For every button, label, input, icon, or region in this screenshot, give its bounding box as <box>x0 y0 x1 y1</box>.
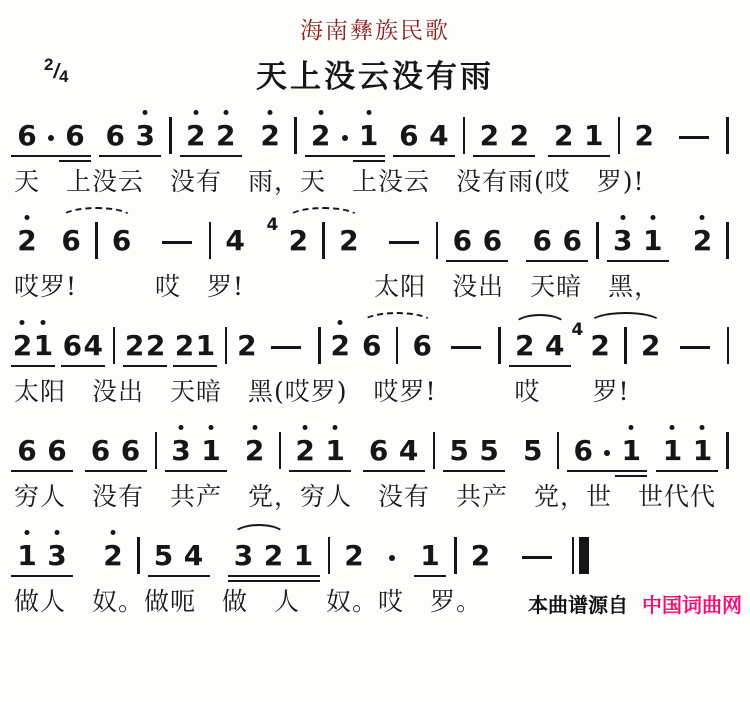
note: 6 <box>100 119 130 153</box>
note: 6 <box>42 434 72 468</box>
grace-note: 4 <box>261 224 283 258</box>
note: 6 <box>12 434 42 468</box>
time-signature-denominator: 4 <box>59 67 68 86</box>
note: 2 <box>236 329 257 363</box>
spacer <box>659 151 671 153</box>
note-number: 1 <box>33 329 54 363</box>
note-number: 3 <box>166 434 196 468</box>
note: 2 <box>334 224 364 258</box>
octave-dot <box>303 425 308 430</box>
beam-underline <box>165 470 197 473</box>
beam-underline <box>41 470 73 473</box>
beam-underline <box>473 470 505 473</box>
barline <box>322 222 325 259</box>
octave-dot <box>670 425 675 430</box>
note: 2 <box>330 329 351 363</box>
grace-note: 4 <box>570 329 585 363</box>
note-number: 2 <box>549 119 579 153</box>
note: 2 <box>255 119 285 153</box>
note: 1 <box>33 329 54 363</box>
note-number: 1 <box>579 119 609 153</box>
barline <box>137 537 140 574</box>
beam-underline <box>210 155 242 158</box>
note-number: 1 <box>320 434 350 468</box>
title-row: 2/4 天上没云没有雨 <box>0 51 750 97</box>
note: 6 <box>107 224 137 258</box>
beam-underline <box>11 470 43 473</box>
beam-underline <box>556 260 588 263</box>
note-number: 2 <box>145 329 166 363</box>
barline <box>726 222 729 259</box>
beam-underline <box>61 365 84 368</box>
spacer <box>401 571 415 573</box>
note-number: 2 <box>283 224 313 258</box>
octave-dot <box>700 425 705 430</box>
note-number: 6 <box>12 434 42 468</box>
octave-dot <box>143 110 148 115</box>
note-number: 1 <box>687 434 717 468</box>
beam-underline <box>228 575 260 578</box>
note-number: 6 <box>364 434 394 468</box>
note: 3 <box>608 224 638 258</box>
augmentation-dot <box>336 119 354 153</box>
spacer <box>226 466 240 468</box>
barline <box>169 117 172 154</box>
note-number: 2 <box>474 119 504 153</box>
beam-underline <box>180 155 212 158</box>
note-number: 2 <box>181 119 211 153</box>
spacer <box>437 361 443 363</box>
beam-underline <box>289 470 321 473</box>
note: 2 <box>98 539 128 573</box>
octave-dot <box>268 110 273 115</box>
beam-underline <box>82 365 105 368</box>
notation-line-3: 21642221226624422 <box>12 309 738 376</box>
barline <box>95 222 98 259</box>
note-number: 1 <box>616 434 646 468</box>
spacer <box>668 256 688 258</box>
spacer <box>534 151 548 153</box>
beam-underline <box>686 470 718 473</box>
barline <box>726 117 729 154</box>
note-number: 6 <box>56 224 86 258</box>
note-number: 2 <box>334 224 364 258</box>
note-number: 2 <box>255 119 285 153</box>
octave-dot <box>41 320 46 325</box>
note: 2 <box>510 329 540 363</box>
final-barline-thick <box>579 537 589 574</box>
beam-underline <box>59 155 91 158</box>
spacer <box>42 256 56 258</box>
note-number: 6 <box>527 224 557 258</box>
note: 1 <box>657 434 687 468</box>
beam-underline <box>305 155 337 158</box>
octave-dot <box>333 425 338 430</box>
tie-group: 22 <box>283 222 364 258</box>
note: 1 <box>354 119 384 153</box>
beam-underline <box>423 155 455 158</box>
note-number: 3 <box>229 539 259 573</box>
final-barline <box>572 537 590 574</box>
octave-dot <box>366 110 371 115</box>
tie-group: 66 <box>56 222 137 258</box>
note: 1 <box>289 539 319 573</box>
note: 4 <box>220 224 250 258</box>
held-note-dash <box>162 241 192 245</box>
dot-glyph <box>389 555 395 561</box>
note-number: 6 <box>568 434 598 468</box>
spacer <box>646 466 657 468</box>
note-number: 6 <box>447 224 477 258</box>
beam-underline <box>578 155 610 158</box>
note-number: 6 <box>407 329 437 363</box>
beam-underline <box>473 155 505 158</box>
beam-underline <box>509 365 541 368</box>
slur-group: 32 <box>229 539 289 573</box>
note: 4 <box>83 329 104 363</box>
note: 4 <box>179 539 209 573</box>
note-number: 1 <box>354 119 384 153</box>
time-signature: 2/4 <box>44 55 69 87</box>
note: 6 <box>62 329 83 363</box>
beam-underline <box>393 470 425 473</box>
note: 6 <box>364 434 394 468</box>
barline <box>113 327 116 364</box>
barline <box>279 432 282 469</box>
note: 2 <box>474 119 504 153</box>
beam-underline-2 <box>353 160 385 163</box>
note: 2 <box>240 434 270 468</box>
beam-underline <box>11 155 43 158</box>
note-number: 6 <box>12 119 42 153</box>
note: 2 <box>124 329 145 363</box>
note: 1 <box>687 434 717 468</box>
note-number: 4 <box>83 329 104 363</box>
octave-dot <box>629 425 634 430</box>
note: 2 <box>283 224 313 258</box>
beam-underline <box>539 365 571 368</box>
bottom-row: 做人 奴。做呃 做 人 奴。哎 罗。 本曲谱源自中国词曲网 <box>0 586 742 618</box>
barline <box>155 432 158 469</box>
note-number: 6 <box>477 224 507 258</box>
note-number: 2 <box>306 119 336 153</box>
beam-underline-2 <box>258 580 290 583</box>
spacer <box>504 466 518 468</box>
barline <box>596 222 599 259</box>
barline <box>618 117 621 154</box>
note: 2 <box>174 329 195 363</box>
note-number: 6 <box>42 434 72 468</box>
held-note-dash <box>389 241 419 245</box>
note-number: 1 <box>657 434 687 468</box>
note: 6 <box>557 224 587 258</box>
note: 1 <box>638 224 668 258</box>
beam-underline <box>11 365 34 368</box>
note-number: 2 <box>466 539 496 573</box>
notation-line-5: 13254321212 <box>12 519 738 586</box>
spacer <box>257 361 263 363</box>
beam-underline <box>32 365 55 368</box>
barline <box>624 327 627 364</box>
note-number: 5 <box>149 539 179 573</box>
dot-glyph <box>48 135 54 141</box>
note-number: 2 <box>585 329 615 363</box>
octave-dot <box>193 110 198 115</box>
final-barline-thin <box>572 537 575 574</box>
note-number: 6 <box>116 434 146 468</box>
note-number: 3 <box>608 224 638 258</box>
tie-group: 66 <box>357 327 438 363</box>
dot-glyph <box>342 135 348 141</box>
beam-underline <box>503 155 535 158</box>
note-number: 6 <box>107 224 137 258</box>
note-number: 2 <box>290 434 320 468</box>
spacer <box>250 256 261 258</box>
held-note-dash <box>522 556 552 560</box>
beam-underline <box>319 470 351 473</box>
octave-dot <box>318 110 323 115</box>
note: 5 <box>518 434 548 468</box>
beam-underline-2 <box>615 475 647 478</box>
note-number: 1 <box>196 434 226 468</box>
beam-underline <box>85 470 117 473</box>
octave-dot <box>111 530 116 535</box>
note: 3 <box>229 539 259 573</box>
note: 2 <box>12 329 33 363</box>
note: 1 <box>579 119 609 153</box>
note: 3 <box>42 539 72 573</box>
note-number: 5 <box>474 434 504 468</box>
lyrics-line-1: 天 上没云 没有 雨，天 上没云 没有雨(哎 罗)! <box>14 166 750 198</box>
beam-underline <box>476 260 508 263</box>
note: 4 <box>540 329 570 363</box>
note: 2 <box>585 329 615 363</box>
octave-dot <box>25 530 30 535</box>
beam-underline <box>363 470 395 473</box>
note: 6 <box>12 119 42 153</box>
note: 2 <box>290 434 320 468</box>
source-site-watermark: 中国词曲网 <box>642 595 742 617</box>
augmentation-dot <box>42 119 60 153</box>
octave-dot <box>223 110 228 115</box>
beam-underline <box>353 155 385 158</box>
beam-underline <box>526 260 558 263</box>
barline <box>225 327 228 364</box>
note: 3 <box>130 119 160 153</box>
note: 1 <box>320 434 350 468</box>
note: 6 <box>447 224 477 258</box>
note: 2 <box>636 329 666 363</box>
note: 2 <box>466 539 496 573</box>
note-number: 3 <box>130 119 160 153</box>
note-number: 2 <box>240 434 270 468</box>
barline <box>209 222 212 259</box>
barline <box>436 222 439 259</box>
note-number: 6 <box>100 119 130 153</box>
note-number: 2 <box>12 329 33 363</box>
beam-underline <box>443 470 475 473</box>
dot-glyph <box>604 450 610 456</box>
note-number: 4 <box>179 539 209 573</box>
spacer <box>666 361 672 363</box>
beam-underline <box>288 575 320 578</box>
beam-underline <box>99 155 131 158</box>
held-note-dash <box>680 346 710 350</box>
note: 2 <box>145 329 166 363</box>
barline <box>294 117 297 154</box>
note: 2 <box>211 119 241 153</box>
beam-underline <box>393 155 425 158</box>
notation-line-2: 26644226666312 <box>12 204 738 271</box>
beam-underline <box>656 470 688 473</box>
beam-underline <box>607 260 639 263</box>
held-note-dash <box>451 346 481 350</box>
note-number: 6 <box>557 224 587 258</box>
note-number: 2 <box>330 329 351 363</box>
held-note-dash <box>271 346 301 350</box>
spacer <box>166 361 174 363</box>
beam-underline <box>567 470 599 473</box>
beam-underline-2 <box>228 580 260 583</box>
note: 1 <box>196 434 226 468</box>
note: 2 <box>259 539 289 573</box>
octave-dot <box>252 425 257 430</box>
beam-underline <box>178 575 210 578</box>
system-2: 26644226666312 哎罗! 哎 罗! 太阳 没出 天暗 黑， <box>0 204 750 303</box>
note-number: 6 <box>60 119 90 153</box>
lyrics-line-4: 穷人 没有 共产 党，穷人 没有 共产 党，世 世代代 <box>14 481 750 513</box>
beam-underline <box>123 365 146 368</box>
beam-underline <box>335 155 355 158</box>
spacer <box>369 571 383 573</box>
note-number: 6 <box>394 119 424 153</box>
barline <box>433 432 436 469</box>
spacer <box>90 151 100 153</box>
augmentation-dot <box>383 539 401 573</box>
source-attribution: 本曲谱源自中国词曲网 <box>528 589 742 618</box>
beam-underline <box>41 575 73 578</box>
note-number: 2 <box>124 329 145 363</box>
note-number: 2 <box>211 119 241 153</box>
sheet-music-page: 海南彝族民歌 2/4 天上没云没有雨 6663222216422212 天 上没… <box>0 0 750 702</box>
slur-group: 22 <box>585 327 666 363</box>
note-number: 4 <box>220 224 250 258</box>
note: 6 <box>86 434 116 468</box>
barline <box>726 432 729 469</box>
slur-group: 24 <box>510 329 570 363</box>
note: 2 <box>339 539 369 573</box>
octave-dot <box>650 215 655 220</box>
lyrics-line-3: 太阳 没出 天暗 黑(哎罗) 哎罗! 哎 罗! <box>14 376 750 408</box>
note: 2 <box>181 119 211 153</box>
note-number: 2 <box>259 539 289 573</box>
octave-dot <box>179 425 184 430</box>
lyrics-line-5: 做人 奴。做呃 做 人 奴。哎 罗。 <box>14 586 482 618</box>
note-number: 5 <box>444 434 474 468</box>
note-number: 2 <box>510 329 540 363</box>
system-3: 21642221226624422 太阳 没出 天暗 黑(哎罗) 哎罗! 哎 罗… <box>0 309 750 408</box>
note: 5 <box>149 539 179 573</box>
barline <box>557 432 560 469</box>
note-number: 5 <box>518 434 548 468</box>
note-number: 1 <box>638 224 668 258</box>
note-number: 1 <box>12 539 42 573</box>
note: 2 <box>12 224 42 258</box>
note: 5 <box>474 434 504 468</box>
note: 6 <box>357 329 387 363</box>
spacer <box>384 151 394 153</box>
source-prefix: 本曲谱源自 <box>528 595 628 617</box>
note: 2 <box>549 119 579 153</box>
beam-underline <box>11 575 43 578</box>
beam-underline-2 <box>288 580 320 583</box>
note: 2 <box>306 119 336 153</box>
barline <box>727 327 730 364</box>
note: 1 <box>12 539 42 573</box>
note: 4 <box>394 434 424 468</box>
beam-underline <box>173 365 196 368</box>
note-number: 4 <box>570 322 585 339</box>
octave-dot <box>25 215 30 220</box>
note-number: 2 <box>12 224 42 258</box>
note: 3 <box>166 434 196 468</box>
note: 1 <box>195 329 216 363</box>
note: 6 <box>527 224 557 258</box>
note: 6 <box>407 329 437 363</box>
note-number: 4 <box>424 119 454 153</box>
spacer <box>496 571 514 573</box>
beam-underline <box>258 575 290 578</box>
note-number: 6 <box>86 434 116 468</box>
note: 2 <box>504 119 534 153</box>
note-number: 1 <box>289 539 319 573</box>
beam-underline <box>414 575 446 578</box>
beam-underline <box>41 155 61 158</box>
note: 2 <box>629 119 659 153</box>
system-4: 666631221645556111 穷人 没有 共产 党，穷人 没有 共产 党… <box>0 414 750 513</box>
note-number: 2 <box>174 329 195 363</box>
notation-line-4: 666631221645556111 <box>12 414 738 481</box>
beam-underline <box>615 470 647 473</box>
note: 4 <box>424 119 454 153</box>
octave-dot <box>209 425 214 430</box>
barline <box>328 537 331 574</box>
augmentation-dot <box>598 434 616 468</box>
beam-underline <box>144 365 167 368</box>
spacer <box>72 571 98 573</box>
spacer <box>209 571 229 573</box>
barline <box>318 327 321 364</box>
note: 6 <box>116 434 146 468</box>
notation-line-1: 6663222216422212 <box>12 99 738 166</box>
spacer <box>72 466 86 468</box>
beam-underline <box>148 575 180 578</box>
note-number: 1 <box>415 539 445 573</box>
system-5: 13254321212 做人 奴。做呃 做 人 奴。哎 罗。 本曲谱源自中国词曲… <box>0 519 750 618</box>
note-number: 4 <box>540 329 570 363</box>
note-number: 2 <box>339 539 369 573</box>
system-1: 6663222216422212 天 上没云 没有 雨，天 上没云 没有雨(哎 … <box>0 99 750 198</box>
beam-underline <box>115 470 147 473</box>
beam-underline <box>129 155 161 158</box>
note: 6 <box>60 119 90 153</box>
octave-dot <box>700 215 705 220</box>
note: 5 <box>444 434 474 468</box>
note-number: 2 <box>98 539 128 573</box>
note: 6 <box>568 434 598 468</box>
beam-underline <box>446 260 478 263</box>
note-number: 6 <box>357 329 387 363</box>
